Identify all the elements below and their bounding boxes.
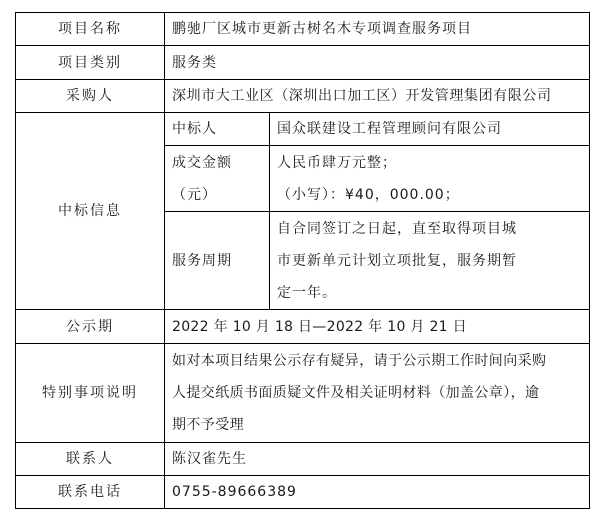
row-contact-phone: 联系电话 0755-89666389 — [16, 476, 590, 509]
special-notes-label: 特别事项说明 — [16, 344, 165, 443]
amount-figures: （小写）：¥40，000.00； — [277, 179, 583, 211]
contact-phone-value: 0755-89666389 — [165, 476, 590, 509]
special-notes-value: 如对本项目结果公示存有疑异，请于公示期工作时间向采购 人提交纸质书面质疑文件及相… — [165, 344, 590, 443]
notice-period-label: 公示期 — [16, 310, 165, 344]
row-notice-period: 公示期 2022 年 10 月 18 日—2022 年 10 月 21 日 — [16, 310, 590, 344]
purchaser-label: 采购人 — [16, 80, 165, 113]
notice-period-value: 2022 年 10 月 18 日—2022 年 10 月 21 日 — [165, 310, 590, 344]
row-special-notes: 特别事项说明 如对本项目结果公示存有疑异，请于公示期工作时间向采购 人提交纸质书… — [16, 344, 590, 443]
award-announcement-table: 项目名称 鹏驰厂区城市更新古树名木专项调查服务项目 项目类别 服务类 采购人 深… — [15, 12, 590, 509]
service-period-label: 服务周期 — [165, 212, 270, 310]
service-period-line-1: 自合同签订之日起，直至取得项目城 — [277, 213, 583, 245]
service-period-line-3: 定一年。 — [277, 277, 583, 309]
special-notes-line-3: 期不予受理 — [172, 409, 583, 441]
service-period-value: 自合同签订之日起，直至取得项目城 市更新单元计划立项批复，服务期暂 定一年。 — [270, 212, 590, 310]
amount-words: 人民币肆万元整； — [277, 147, 583, 179]
award-info-label: 中标信息 — [16, 113, 165, 310]
contact-phone-label: 联系电话 — [16, 476, 165, 509]
project-name-value: 鹏驰厂区城市更新古树名木专项调查服务项目 — [165, 13, 590, 46]
amount-label: 成交金额（元） — [165, 146, 270, 212]
project-category-value: 服务类 — [165, 46, 590, 80]
purchaser-value: 深圳市大工业区（深圳出口加工区）开发管理集团有限公司 — [165, 80, 590, 113]
winner-label: 中标人 — [165, 113, 270, 146]
special-notes-line-1: 如对本项目结果公示存有疑异，请于公示期工作时间向采购 — [172, 345, 583, 377]
amount-value: 人民币肆万元整； （小写）：¥40，000.00； — [270, 146, 590, 212]
row-winner: 中标信息 中标人 国众联建设工程管理顾问有限公司 — [16, 113, 590, 146]
winner-value: 国众联建设工程管理顾问有限公司 — [270, 113, 590, 146]
project-name-label: 项目名称 — [16, 13, 165, 46]
contact-person-value: 陈汉雀先生 — [165, 443, 590, 476]
special-notes-line-2: 人提交纸质书面质疑文件及相关证明材料（加盖公章），逾 — [172, 377, 583, 409]
service-period-line-2: 市更新单元计划立项批复，服务期暂 — [277, 245, 583, 277]
row-contact-person: 联系人 陈汉雀先生 — [16, 443, 590, 476]
project-category-label: 项目类别 — [16, 46, 165, 80]
row-project-name: 项目名称 鹏驰厂区城市更新古树名木专项调查服务项目 — [16, 13, 590, 46]
row-purchaser: 采购人 深圳市大工业区（深圳出口加工区）开发管理集团有限公司 — [16, 80, 590, 113]
row-project-category: 项目类别 服务类 — [16, 46, 590, 80]
contact-person-label: 联系人 — [16, 443, 165, 476]
